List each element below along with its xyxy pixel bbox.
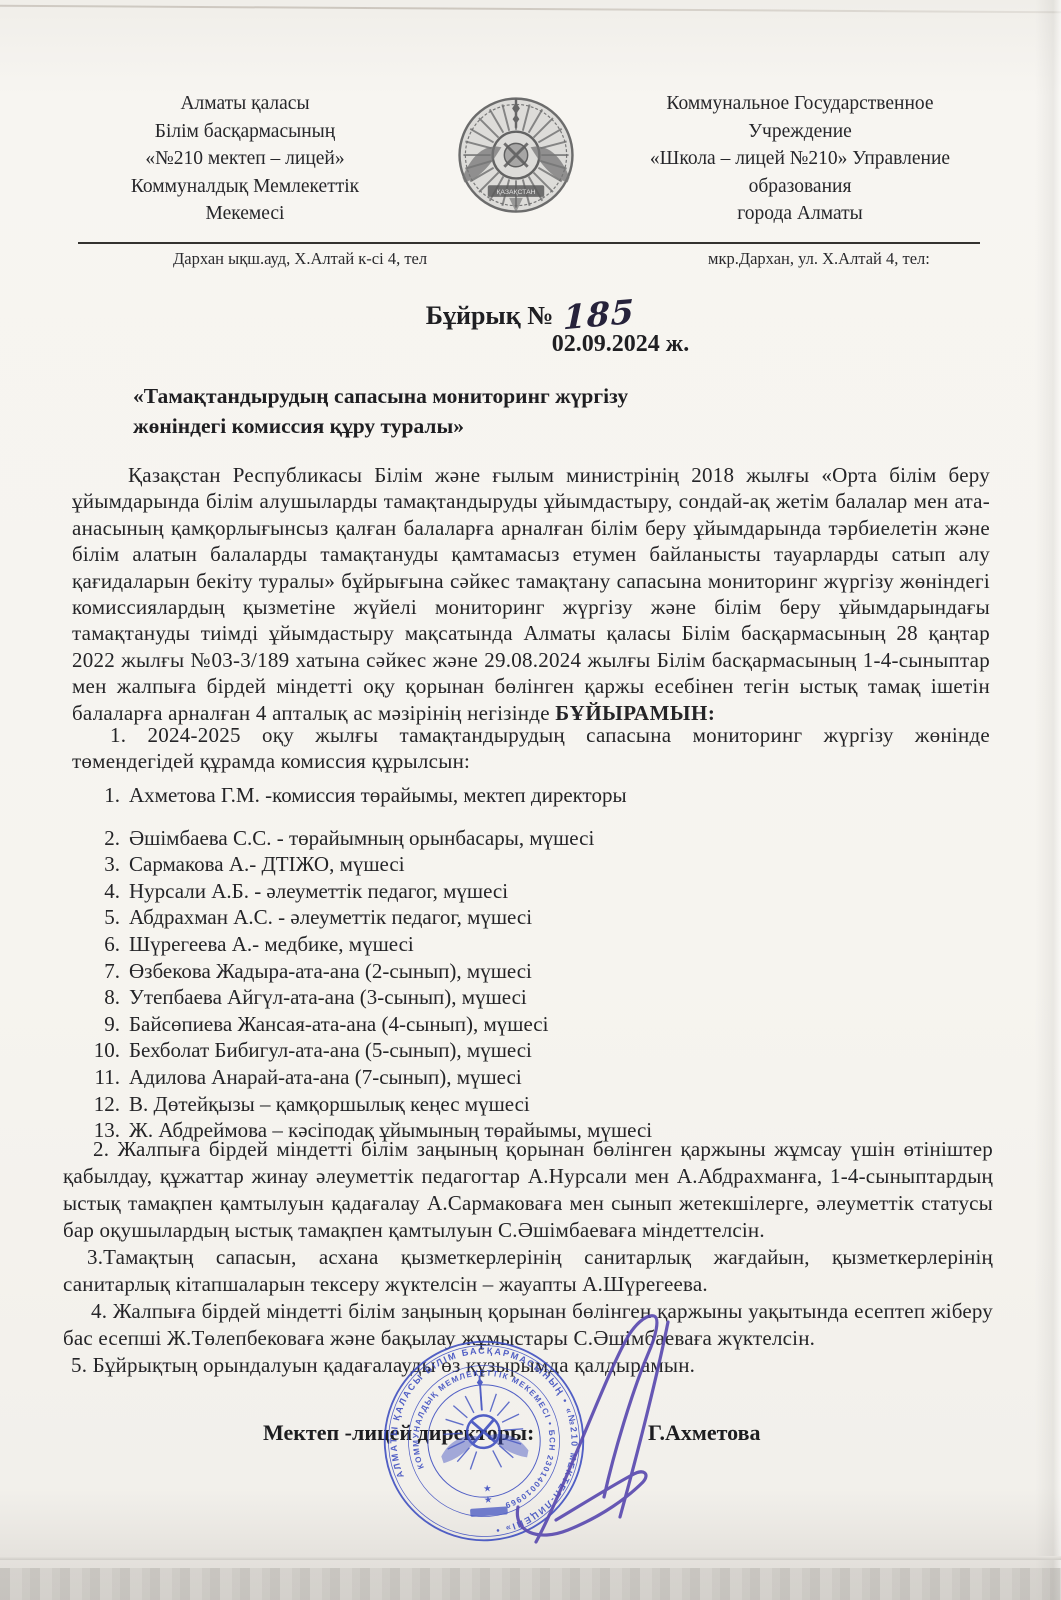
subject-line-2: жөніндегі комиссия құру туралы»	[133, 411, 713, 441]
org-name-kazakh: Алматы қаласыБілім басқармасының«№210 ме…	[90, 90, 400, 228]
member-text: Нурсали А.Б. - әлеуметтік педагог, мүшес…	[129, 878, 964, 905]
emblem-banner-text: ҚАЗАҚСТАН	[496, 189, 535, 196]
member-text: Ахметова Г.М. -комиссия төрайымы, мектеп…	[129, 782, 964, 809]
paper-bottom-line	[0, 1556, 1061, 1560]
member-text: Әшімбаева С.С. - төрайымның орынбасары, …	[129, 825, 964, 852]
list-item: 9. Байсөпиева Жансая-ата-ана (4-сынып), …	[84, 1011, 964, 1038]
member-text: Бехболат Бибигул-ата-ана (5-сынып), мүше…	[129, 1037, 964, 1064]
point-3-text: 3.Тамақтың сапасын, асхана қызметкерлері…	[63, 1244, 993, 1298]
list-item: 6. Шүрегеева А.- медбике, мүшесі	[84, 931, 964, 958]
member-text: Сармакова А.- ДТІЖО, мүшесі	[129, 851, 964, 878]
member-text: Шүрегеева А.- медбике, мүшесі	[129, 931, 964, 958]
paper-crease	[0, 5, 1061, 13]
kazakhstan-coat-of-arms-icon: ҚАЗАҚСТАН	[443, 85, 589, 231]
order-subject: «Тамақтандырудың сапасына мониторинг жүр…	[133, 381, 713, 441]
member-number: 10.	[84, 1037, 129, 1064]
member-number: 9.	[84, 1011, 129, 1038]
member-number: 1.	[84, 782, 129, 809]
point-1-text: 1. 2024-2025 оқу жылғы тамақтандырудың с…	[72, 722, 990, 775]
list-item: 12. В. Дөтейқызы – қамқоршылық кеңес мүш…	[84, 1091, 964, 1118]
org-name-line: Мекемесі	[90, 200, 400, 228]
list-item: 11. Адилова Анарай-ата-ана (7-сынып), мү…	[84, 1064, 964, 1091]
commission-members-list: 1. Ахметова Г.М. -комиссия төрайымы, мек…	[84, 782, 964, 1144]
point-2-text: 2. Жалпыға бірдей міндетті білім заңының…	[63, 1136, 993, 1244]
member-number: 7.	[84, 958, 129, 985]
paper-edge-shadow	[1035, 0, 1061, 1600]
order-preamble: Қазақстан Республикасы Білім және ғылым …	[72, 462, 990, 726]
member-text: Адилова Анарай-ата-ана (7-сынып), мүшесі	[129, 1064, 964, 1091]
list-item: 4. Нурсали А.Б. - әлеуметтік педагог, мү…	[84, 878, 964, 905]
member-text: Утепбаева Айгүл-ата-ана (3-сынып), мүшес…	[129, 984, 964, 1011]
member-number: 4.	[84, 878, 129, 905]
org-name-russian: Коммунальное ГосударственноеУчреждение«Ш…	[595, 90, 1005, 228]
org-name-line: образования	[595, 173, 1005, 201]
stamp-left-wing	[440, 1435, 482, 1463]
member-number: 8.	[84, 984, 129, 1011]
member-number: 6.	[84, 931, 129, 958]
org-name-line: Білім басқармасының	[90, 118, 400, 146]
scanned-order-document: Алматы қаласыБілім басқармасының«№210 ме…	[0, 0, 1061, 1600]
org-name-line: города Алматы	[595, 200, 1005, 228]
member-text: Байсөпиева Жансая-ата-ана (4-сынып), мүш…	[129, 1011, 964, 1038]
list-item: 5. Абдрахман А.С. - әлеуметтік педагог, …	[84, 904, 964, 931]
list-item: 3. Сармакова А.- ДТІЖО, мүшесі	[84, 851, 964, 878]
order-date: 02.09.2024 ж.	[90, 331, 1061, 358]
stamp-star: ★	[484, 1495, 493, 1506]
subject-line-1: «Тамақтандырудың сапасына мониторинг жүр…	[133, 381, 713, 411]
member-number: 11.	[84, 1064, 129, 1091]
org-name-line: «№210 мектеп – лицей»	[90, 145, 400, 173]
member-number: 12.	[84, 1091, 129, 1118]
header-divider	[78, 242, 980, 244]
member-text: Абдрахман А.С. - әлеуметтік педагог, мүш…	[129, 904, 964, 931]
member-number: 3.	[84, 851, 129, 878]
list-item: 2. Әшімбаева С.С. - төрайымның орынбасар…	[84, 825, 964, 852]
member-number: 2.	[84, 825, 129, 852]
address-kazakh: Дархан ықш.ауд, Х.Алтай к-сі 4, тел	[173, 249, 427, 269]
member-number: 5.	[84, 904, 129, 931]
preamble-text: Қазақстан Республикасы Білім және ғылым …	[72, 463, 990, 725]
list-item: 7. Өзбекова Жадыра-ата-ана (2-сынып), мү…	[84, 958, 964, 985]
org-name-line: Алматы қаласы	[90, 90, 400, 118]
member-text: Өзбекова Жадыра-ата-ана (2-сынып), мүшес…	[129, 958, 964, 985]
org-name-line: Коммунальное Государственное	[595, 90, 1005, 118]
org-name-line: «Школа – лицей №210» Управление	[595, 145, 1005, 173]
order-title-label: Бұйрық №	[426, 301, 554, 330]
member-text: В. Дөтейқызы – қамқоршылық кеңес мүшесі	[129, 1091, 964, 1118]
org-name-line: Коммуналдық Мемлекеттік	[90, 173, 400, 201]
org-name-line: Учреждение	[595, 118, 1005, 146]
address-russian: мкр.Дархан, ул. Х.Алтай 4, тел:	[708, 249, 930, 269]
order-point-1: 1. 2024-2025 оқу жылғы тамақтандырудың с…	[72, 722, 990, 775]
list-item: 8. Утепбаева Айгүл-ата-ана (3-сынып), мү…	[84, 984, 964, 1011]
director-signature	[508, 1292, 718, 1550]
paper-bottom-edge	[0, 1568, 1061, 1600]
stamp-star: ★	[483, 1484, 492, 1495]
list-item: 10. Бехболат Бибигул-ата-ана (5-сынып), …	[84, 1037, 964, 1064]
order-title: Бұйрық №185	[0, 293, 1061, 332]
list-item: 1. Ахметова Г.М. -комиссия төрайымы, мек…	[84, 782, 964, 809]
